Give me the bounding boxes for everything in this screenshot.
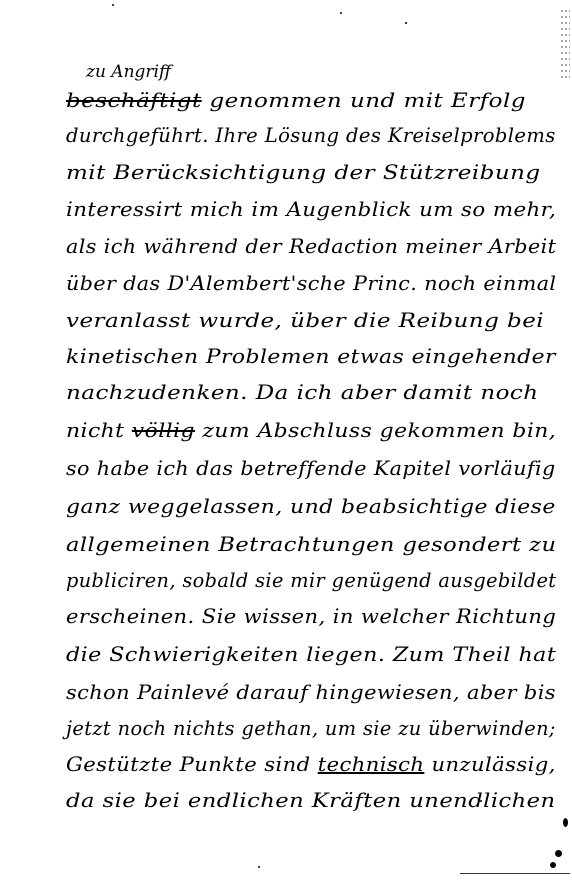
handwritten-line-2: durchgeführt. Ihre Lösung des Kreiselpro…: [66, 123, 556, 147]
handwritten-line-20: da sie bei endlichen Kräften unendlichen: [66, 788, 556, 812]
line-text: jetzt noch nichts gethan, um sie zu über…: [66, 716, 556, 740]
handwritten-line-3: mit Berücksichtigung der Stützreibung: [66, 160, 541, 184]
handwritten-line-14: publiciren, sobald sie mir genügend ausg…: [66, 568, 556, 592]
handwritten-line-13: allgemeinen Betrachtungen gesondert zu: [66, 532, 556, 556]
line-text: die Schwierigkeiten liegen. Zum Theil ha…: [66, 642, 556, 666]
handwritten-line-15: erscheinen. Sie wissen, in welcher Richt…: [66, 604, 556, 628]
line-text: allgemeinen Betrachtungen gesondert zu: [66, 532, 556, 556]
line-text: schon Painlevé darauf hingewiesen, aber …: [66, 680, 556, 704]
line-text: veranlasst wurde, über die Reibung bei: [66, 308, 544, 332]
handwritten-line-10: nicht völlig zum Abschluss gekommen bin,: [66, 418, 556, 442]
ink-blot: [563, 818, 568, 827]
line-text: genommen und mit Erfolg: [202, 88, 526, 112]
ink-blot: [555, 850, 562, 857]
scan-edge-line: [460, 873, 570, 874]
scan-speck: [340, 12, 342, 14]
handwritten-line-8: kinetischen Problemen etwas eingehender: [66, 344, 556, 368]
struck-word: völlig: [132, 418, 195, 442]
line-text: interessirt mich im Augenblick um so meh…: [66, 197, 556, 221]
insertion-above-line: zu Angriff: [86, 62, 171, 82]
handwritten-line-7: veranlasst wurde, über die Reibung bei: [66, 308, 544, 332]
line-text: da sie bei endlichen Kräften unendlichen: [66, 788, 556, 812]
handwritten-line-16: die Schwierigkeiten liegen. Zum Theil ha…: [66, 642, 556, 666]
line-text: als ich während der Redaction meiner Arb…: [66, 234, 556, 258]
line-text: durchgeführt. Ihre Lösung des Kreiselpro…: [66, 123, 556, 147]
line-text: zum Abschluss gekommen bin,: [195, 418, 556, 442]
handwritten-line-18: jetzt noch nichts gethan, um sie zu über…: [66, 716, 556, 740]
handwritten-line-9: nachzudenken. Da ich aber damit noch: [66, 380, 539, 404]
line-text: erscheinen. Sie wissen, in welcher Richt…: [66, 604, 556, 628]
underlined-word: technisch: [318, 752, 425, 776]
scan-speck: [112, 4, 114, 6]
handwritten-line-6: über das D'Alembert'sche Princ. noch ein…: [66, 271, 556, 295]
letter-page: zu Angriff beschäftigt genommen und mit …: [0, 0, 572, 883]
line-text: ganz weggelassen, und beabsichtige diese: [66, 494, 556, 518]
handwritten-line-19: Gestützte Punkte sind technisch unzuläss…: [66, 752, 556, 776]
handwritten-line-1: beschäftigt genommen und mit Erfolg: [66, 88, 526, 112]
line-text: nachzudenken. Da ich aber damit noch: [66, 380, 539, 404]
line-text: so habe ich das betreffende Kapitel vorl…: [66, 456, 556, 480]
handwritten-line-11: so habe ich das betreffende Kapitel vorl…: [66, 456, 556, 480]
handwritten-line-12: ganz weggelassen, und beabsichtige diese: [66, 494, 556, 518]
line-text: kinetischen Problemen etwas eingehender: [66, 344, 556, 368]
handwritten-line-4: interessirt mich im Augenblick um so meh…: [66, 197, 556, 221]
struck-word: beschäftigt: [66, 88, 202, 112]
line-text: über das D'Alembert'sche Princ. noch ein…: [66, 271, 556, 295]
handwritten-line-5: als ich während der Redaction meiner Arb…: [66, 234, 556, 258]
ink-blot: [550, 862, 556, 868]
scan-speck: [480, 800, 482, 802]
line-text: mit Berücksichtigung der Stützreibung: [66, 160, 541, 184]
scan-edge-noise: [560, 8, 570, 78]
line-text: unzulässig,: [424, 752, 555, 776]
line-pre: nicht: [66, 418, 132, 442]
line-pre: Gestützte Punkte sind: [66, 752, 318, 776]
line-text: publiciren, sobald sie mir genügend ausg…: [66, 568, 556, 592]
scan-speck: [258, 866, 260, 868]
handwritten-line-17: schon Painlevé darauf hingewiesen, aber …: [66, 680, 556, 704]
scan-speck: [405, 22, 407, 24]
